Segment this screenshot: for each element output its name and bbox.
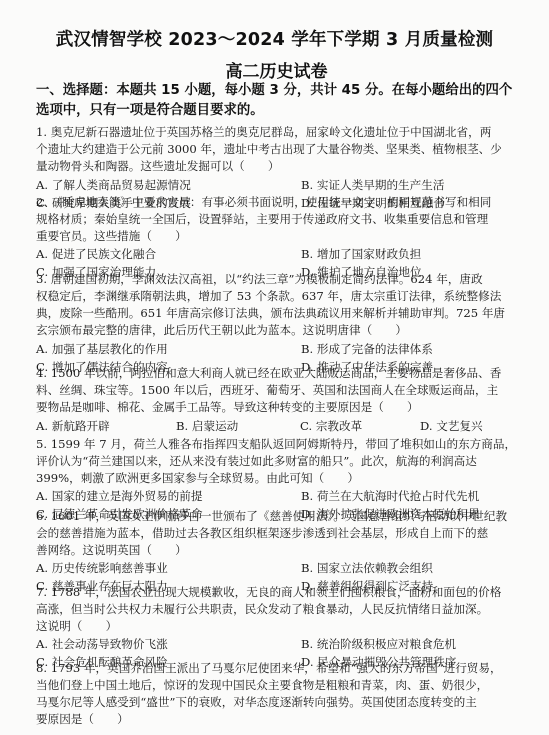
question-8-stem-line3: 马戛尔尼等人感受到“盛世”下的衰败，对华态度逐渐转向强势。英国使团态度转变的主	[36, 694, 477, 711]
exam-title: 武汉情智学校 2023～2024 学年下学期 3 月质量检测	[0, 26, 549, 51]
question-1-stem-line2: 个遗址大约建造于公元前 3000 年，遗址中考古出现了大量谷物类、坚果类、植物根…	[36, 141, 502, 158]
question-3-option-b[interactable]: B. 形成了完备的法律体系	[301, 341, 433, 358]
question-6-stem-line2: 会的慈善措施为蓝本，借助过去各教区组织框架逐步渗透到社会基层，形成自上而下的慈	[36, 525, 488, 542]
question-4-stem-line3: 要物品是咖啡、棉花、金属手工品等。导致这种转变的主要原因是（ ）	[36, 399, 419, 416]
question-4-stem-line2: 料、丝绸、珠宝等。1500 年以后，西班牙、葡萄牙、英国和法国商人在全球贩运商品…	[36, 382, 498, 399]
question-1-option-a[interactable]: A. 了解人类商品贸易起源情况	[36, 177, 191, 194]
question-8-stem-line2: 当他们登上中国土地后，惊讶的发现中国民众主要食物是粗粮和青菜，肉、蛋、奶很少，	[36, 677, 488, 694]
question-1-stem-line1: 1. 奥克尼新石器遗址位于英国苏格兰的奥克尼群岛，屈家岭文化遗址位于中国湖北省，…	[36, 124, 491, 141]
question-5-option-a[interactable]: A. 国家的建立是海外贸易的前提	[36, 488, 202, 505]
question-8-stem-line4: 要原因是（ ）	[36, 711, 129, 728]
question-2-option-b[interactable]: B. 增加了国家财政负担	[301, 246, 421, 263]
question-3-stem-line3: 典，废除一些酷刑。651 年唐高宗修订法典，颁布法典疏议用来解析并辅助审判。72…	[36, 305, 505, 322]
question-4-option-a[interactable]: A. 新航路开辟	[36, 418, 110, 435]
question-4-stem-line1: 4. 1500 年以前，阿拉伯和意大利商人就已经在欧亚大陆贩运商品，主要物品是奢…	[36, 365, 501, 382]
question-1-option-b[interactable]: B. 实证人类早期的生产生活	[301, 177, 444, 194]
question-3-stem-line1: 3. 唐朝建国初期，李渊效法汉高祖，以“约法三章”为模板制定简约法律。624 年…	[36, 271, 483, 288]
question-4-option-c[interactable]: C. 宗教改革	[300, 418, 362, 435]
question-7-stem-line3: 这说明（ ）	[36, 618, 117, 635]
question-4-option-b[interactable]: B. 启蒙运动	[176, 418, 238, 435]
question-7-stem-line1: 7. 1788 年，法国农业出现大规模歉收，无良的商人和领主们囤积粮食，面粉和面…	[36, 584, 501, 601]
question-5-stem-line2: 评价认为“荷兰建国以来，还从来没有装过如此多财富的船只”。此次，航海的利润高达	[36, 453, 477, 470]
question-4-option-d[interactable]: D. 文艺复兴	[420, 418, 483, 435]
section-instructions-line1: 一、选择题：本题共 15 小题，每小题 3 分，共计 45 分。在每小题给出的四…	[36, 81, 514, 101]
question-6-stem-line1: 6. 1601 年，英国女王伊丽莎白一世颁布了《慈善使用法》。英国慈善组织与活动…	[36, 508, 507, 525]
question-2-stem-line3: 重要官员。这些措施（ ）	[36, 228, 187, 245]
exam-page: 武汉情智学校 2023～2024 学年下学期 3 月质量检测 高二历史试卷 一、…	[0, 0, 549, 735]
question-6-stem-line3: 善网络。这说明英国（ ）	[36, 542, 187, 559]
question-5-stem-line1: 5. 1599 年 7 月，荷兰人雅各布指挥四支船队返回阿姆斯特丹，带回了堆积如…	[36, 436, 516, 453]
question-5-option-b[interactable]: B. 荷兰在大航海时代抢占时代先机	[301, 488, 479, 505]
question-3-option-a[interactable]: A. 加强了基层教化的作用	[36, 341, 168, 358]
question-2-option-a[interactable]: A. 促进了民族文化融合	[36, 246, 156, 263]
question-2-stem-line2: 规格材质；秦始皇统一全国后，设置驿站，主要用于传递政府文书、收集重要信息和管理	[36, 211, 488, 228]
question-7-stem-line2: 高涨，但当时公共权力未履行公共职责，民众发动了粮食暴动，人民反抗情绪日益加深。	[36, 601, 488, 618]
question-5-stem-line3: 399%，刺激了欧洲更多国家参与全球贸易。由此可知（ ）	[36, 470, 359, 487]
exam-subtitle: 高二历史试卷	[2, 57, 549, 82]
question-1-stem-line3: 量动物骨头和陶器。这些遗址发掘可以（ ）	[36, 158, 279, 175]
question-3-stem-line2: 权稳定后，李渊继承隋朝法典，增加了 53 个条款。637 年，唐太宗重订法律，系…	[36, 288, 501, 305]
section-instructions-line2: 选项中，只有一项是符合题目要求的。	[36, 101, 514, 121]
question-8-stem-line1: 8. 1793 年，英国乔治国王派出了马戛尔尼使团来华，希望和“强大的东方帝国”…	[36, 660, 502, 677]
section-instructions: 一、选择题：本题共 15 小题，每小题 3 分，共计 45 分。在每小题给出的四…	[36, 81, 514, 121]
question-3-stem-line4: 玄宗颁布最完整的唐律，此后历代王朝以此为蓝本。这说明唐律（ ）	[36, 322, 407, 339]
question-2-stem-line1: 2. 《睡虎地秦简》中要求官员：有事必须书面说明，使用统一文字、相同规范书写和相…	[36, 194, 491, 211]
question-6-option-a[interactable]: A. 历史传统影响慈善事业	[36, 560, 168, 577]
question-7-option-b[interactable]: B. 统治阶级积极应对粮食危机	[301, 636, 456, 653]
question-6-option-b[interactable]: B. 国家立法依赖教会组织	[301, 560, 433, 577]
question-7-option-a[interactable]: A. 社会动荡导致物价飞涨	[36, 636, 168, 653]
